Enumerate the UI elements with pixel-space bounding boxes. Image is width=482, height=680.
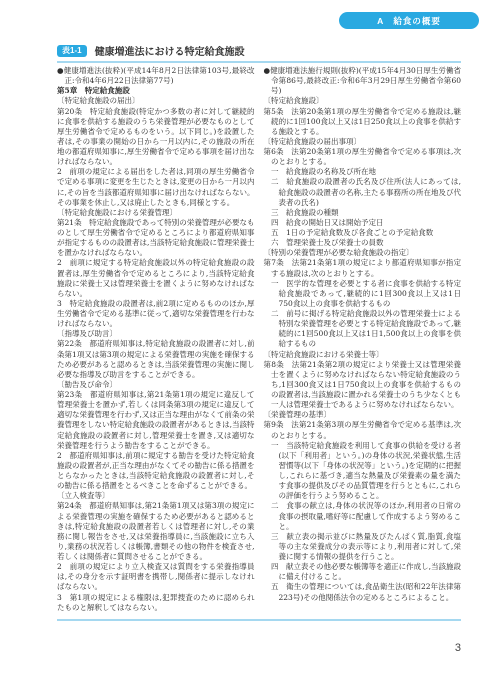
law-paragraph: 〔立入検査等〕 [57,491,255,501]
law-paragraph: 一 当該特定給食施設を利用して食事の供給を受ける者(以下「利用者」という。)の身… [264,441,462,502]
law-paragraph: 3 第1項の規定による権限は,犯罪捜査のために認められたものと解釈してはならない… [57,593,255,613]
law-paragraph: 一 医学的な管理を必要とする者に食事を供給する特定給食施設であって,継続的に1回… [264,279,462,309]
law-paragraph: 第6条 法第20条第1項の厚生労働省令で定める事項は,次のとおりとする。 [264,147,462,167]
table-heading: 表1-1 健康増進法における特定給食施設 [57,43,461,58]
table-bottom-rule [57,619,461,621]
law-paragraph: 2 前項の規定により立入検査又は質問をする栄養指導員は,その身分を示す証明書を携… [57,562,255,592]
law-paragraph: 〔勧告及び命令〕 [57,380,255,390]
law-column-shiko-kisoku: ●健康増進法施行規則(抜粋)(平成15年4月30日厚生労働省令第86号,最終改正… [264,66,462,613]
section-tab-label: A 給食の概要 [377,15,441,27]
law-paragraph: 〔指導及び助言〕 [57,329,255,339]
law-paragraph: 〔特定給食施設における栄養管理〕 [57,208,255,218]
law-paragraph: 〔特定給食施設における栄養士等〕 [264,350,462,360]
law-paragraph: 第23条 都道府県知事は,第21条第1項の規定に違反して管理栄養士を置かず,若し… [57,390,255,451]
law-paragraph: ●健康増進法(抜粋)(平成14年8月2日法律第103号,最終改正:令和4年6月2… [57,66,255,86]
law-paragraph: 〔特別の栄養管理が必要な給食施設の指定〕 [264,248,462,258]
law-paragraph: 四 献立表その他必要な帳簿等を適正に作成し,当該施設に備え付けること。 [264,562,462,582]
law-paragraph: 二 給食施設の設置者の氏名及び住所(法人にあっては,給食施設の設置者の名称,主た… [264,177,462,207]
law-paragraph: 二 前号に掲げる特定給食施設以外の管理栄養士による特別な栄養管理を必要とする特定… [264,309,462,350]
law-paragraph: 五 衛生の管理については,食品衛生法(昭和22年法律第223号)その他関係法令の… [264,582,462,602]
law-paragraph: 3 特定給食施設の設置者は,前2項に定めるもののほか,厚生労働省令で定める基準に… [57,299,255,329]
law-paragraph: 2 前項に規定する特定給食施設以外の特定給食施設の設置者は,厚生労働省令で定める… [57,258,255,299]
law-paragraph: 第9条 法第21条第3項の厚生労働省令で定める基準は,次のとおりとする。 [264,420,462,440]
law-paragraph: 〔特定給食施設の届出事項〕 [264,137,462,147]
table-title: 健康増進法における特定給食施設 [95,43,245,58]
law-paragraph: 〔特定給食施設の届出〕 [57,96,255,106]
law-paragraph: 〔特定給食施設〕 [264,96,462,106]
law-paragraph: 〔栄養管理の基準〕 [264,410,462,420]
law-paragraph: 第8条 法第21条第2項の規定により栄養士又は管理栄養士を置くように努めなければ… [264,360,462,411]
law-paragraph: 2 前項の規定による届出をした者は,同項の厚生労働省令で定める事項に変更を生じた… [57,167,255,208]
law-paragraph: ●健康増進法施行規則(抜粋)(平成15年4月30日厚生労働省令第86号,最終改正… [264,66,462,96]
law-paragraph: 第5章 特定給食施設 [57,86,255,96]
law-paragraph: 三 献立表の掲示並びに熱量及びたんぱく質,脂質,食塩等の主な栄養成分の表示等によ… [264,532,462,562]
law-paragraph: 第24条 都道府県知事は,第21条第1項又は第3項の規定による栄養管理の実施を確… [57,501,255,562]
law-paragraph: 四 給食の開始日又は開始予定日 [264,218,462,228]
table-top-rule [57,61,461,63]
section-tab: A 給食の概要 [339,12,479,29]
table-number-badge: 表1-1 [57,45,87,57]
table-body: ●健康増進法(抜粋)(平成14年8月2日法律第103号,最終改正:令和4年6月2… [57,66,461,613]
law-paragraph: 第5条 法第20条第1項の厚生労働省令で定める施設は,継続的に1回100食以上又… [264,107,462,137]
law-paragraph: 六 管理栄養士及び栄養士の員数 [264,238,462,248]
page-number: 3 [455,642,461,654]
document-page: A 給食の概要 表1-1 健康増進法における特定給食施設 ●健康増進法(抜粋)(… [0,0,482,680]
law-paragraph: 第7条 法第21条第1項の規定により都道府県知事が指定する施設は,次のとおりとす… [264,258,462,278]
law-paragraph: 第22条 都道府県知事は,特定給食施設の設置者に対し,前条第1項又は第3項の規定… [57,339,255,380]
law-paragraph: 2 都道府県知事は,前項に規定する勧告を受けた特定給食施設の設置者が,正当な理由… [57,451,255,492]
law-column-kenko-zoshin-ho: ●健康増進法(抜粋)(平成14年8月2日法律第103号,最終改正:令和4年6月2… [57,66,255,613]
law-paragraph: 第21条 特定給食施設であって特別の栄養管理が必要なものとして厚生労働省令で定め… [57,218,255,259]
law-paragraph: 一 給食施設の名称及び所在地 [264,167,462,177]
law-paragraph: 二 食事の献立は,身体の状況等のほか,利用者の日常の食事の摂取量,嗜好等に配慮し… [264,501,462,531]
law-paragraph: 三 給食施設の種類 [264,208,462,218]
law-paragraph: 五 1日の予定給食数及び各食ごとの予定給食数 [264,228,462,238]
law-paragraph: 第20条 特定給食施設(特定かつ多数の者に対して継続的に食事を供給する施設のうち… [57,107,255,168]
